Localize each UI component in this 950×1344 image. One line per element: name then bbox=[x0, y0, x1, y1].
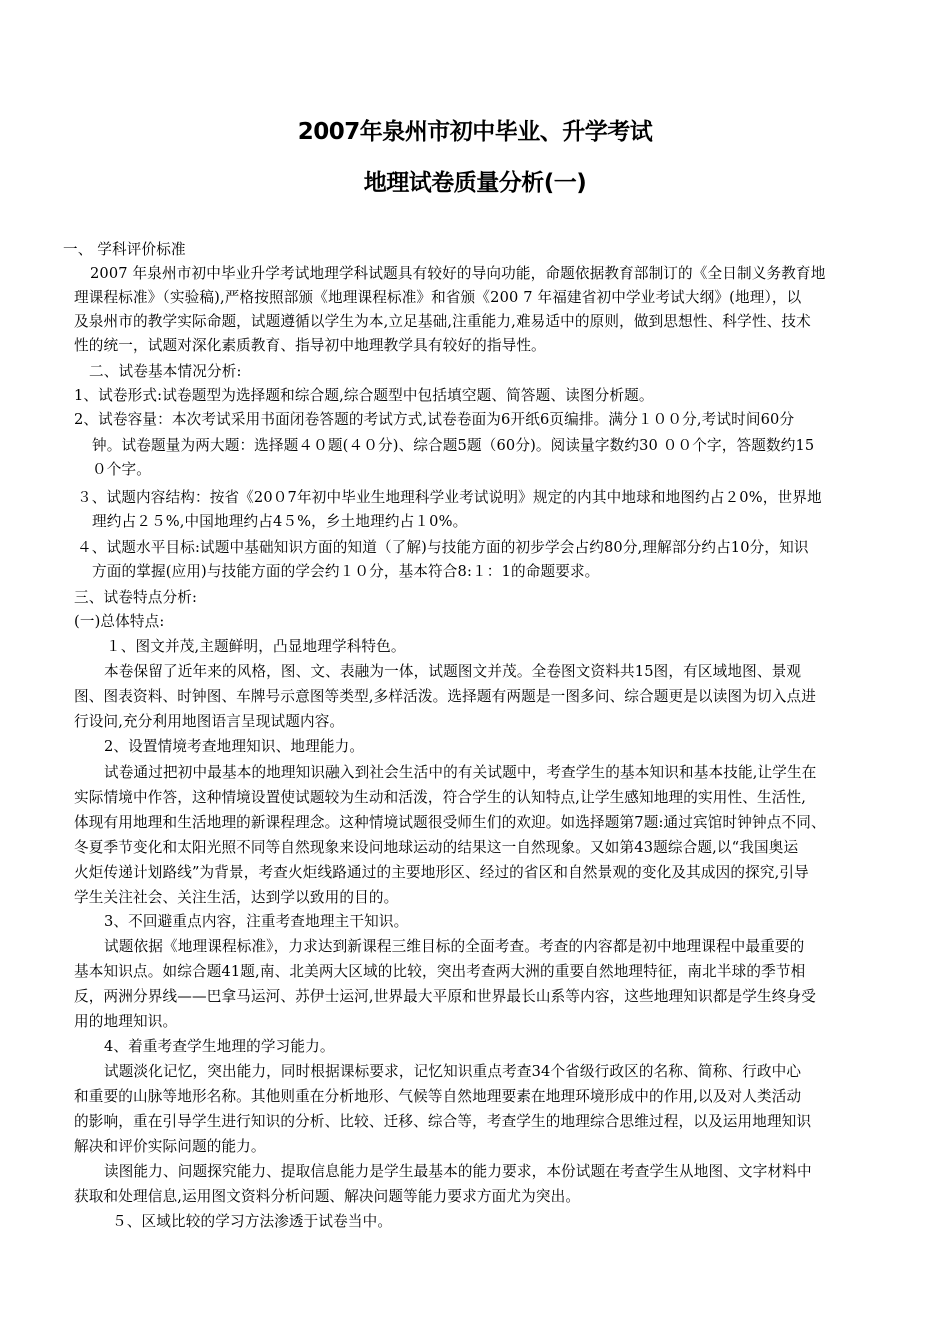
section-3-subheading: (一)总体特点: bbox=[74, 612, 164, 632]
point-1-paragraph-line: 本卷保留了近年来的风格，图、文、表融为一体，试题图文并茂。全卷图文资料共15图，… bbox=[104, 662, 801, 682]
point-3-paragraph-line: 试题依据《地理课程标准》，力求达到新课程三维目标的全面考查。考查的内容都是初中地… bbox=[104, 937, 804, 957]
point-2-paragraph-line: 试卷通过把初中最基本的地理知识融入到社会生活中的有关试题中，考查学生的基本知识和… bbox=[104, 763, 817, 783]
section-3-heading: 三、试卷特点分析: bbox=[74, 588, 197, 608]
point-3-paragraph-line: 基本知识点。如综合题41题,南、北美两大区域的比较，突出考查两大洲的重要自然地理… bbox=[74, 962, 805, 982]
point-2-paragraph-line: 体现有用地理和生活地理的新课程理念。这种情境试题很受师生们的欢迎。如选择题第7题… bbox=[74, 813, 826, 833]
point-4-paragraph-line: 和重要的山脉等地形名称。其他则重在分析地形、气候等自然地理要素在地理环境形成中的… bbox=[74, 1087, 801, 1107]
section-2-item-2-line: 2、试卷容量：本次考试采用书面闭卷答题的考试方式,试卷卷面为6开纸6页编排。满分… bbox=[74, 410, 794, 430]
point-3-title: 3、不回避重点内容，注重考查地理主干知识。 bbox=[104, 912, 408, 932]
section-1-paragraph-line: 性的统一，试题对深化素质教育、指导初中地理教学具有较好的指导性。 bbox=[74, 336, 546, 356]
point-4-paragraph-line: 解决和评价实际问题的能力。 bbox=[74, 1137, 266, 1157]
point-4-title: 4、着重考查学生地理的学习能力。 bbox=[104, 1037, 335, 1057]
document-title-line-1: 2007年泉州市初中毕业、升学考试 bbox=[0, 113, 950, 146]
point-1-paragraph-line: 行设问,充分利用地图语言呈现试题内容。 bbox=[74, 712, 344, 732]
section-1-paragraph-line: 及泉州市的教学实际命题，试题遵循以学生为本,立足基础,注重能力,难易适中的原则，… bbox=[74, 312, 811, 332]
point-1-title: １、图文并茂,主题鲜明，凸显地理学科特色。 bbox=[106, 637, 406, 657]
section-1-paragraph-line: 理课程标准》（实验稿),严格按照部颁《地理课程标准》和省颁《200 7 年福建省… bbox=[74, 288, 801, 308]
point-4-paragraph-line: 获取和处理信息,运用图文资料分析问题、解决问题等能力要求方面尤为突出。 bbox=[74, 1187, 580, 1207]
section-1-heading: 一、 学科评价标准 bbox=[63, 240, 186, 260]
document-title-line-2: 地理试卷质量分析(一) bbox=[0, 164, 950, 197]
section-2-item-2-line: ０个字。 bbox=[92, 460, 151, 480]
point-4-paragraph-line: 试题淡化记忆，突出能力，同时根据课标要求，记忆知识重点考查34个省级行政区的名称… bbox=[104, 1062, 801, 1082]
point-4-paragraph-line: 的影响，重在引导学生进行知识的分析、比较、迁移、综合等，考查学生的地理综合思维过… bbox=[74, 1112, 811, 1132]
point-1-paragraph-line: 图、图表资料、时钟图、车牌号示意图等类型,多样活泼。选择题有两题是一图多问、综合… bbox=[74, 687, 816, 707]
point-2-paragraph-line: 冬夏季节变化和太阳光照不同等自然现象来设问地球运动的结果这一自然现象。又如第43… bbox=[74, 838, 798, 858]
point-5-title: ５、区域比较的学习方法渗透于试卷当中。 bbox=[112, 1212, 392, 1232]
section-2-heading: 二、试卷基本情况分析: bbox=[89, 362, 242, 382]
point-2-paragraph-line: 学生关注社会、关注生活，达到学以致用的目的。 bbox=[74, 888, 398, 908]
document-page: 2007年泉州市初中毕业、升学考试 地理试卷质量分析(一) 一、 学科评价标准 … bbox=[0, 0, 950, 1344]
point-3-paragraph-line: 用的地理知识。 bbox=[74, 1012, 177, 1032]
section-2-item-3-line: 理约占２５%,中国地理约占4５%，乡土地理约占１0%。 bbox=[92, 512, 467, 532]
section-2-item-3-line: ３、试题内容结构：按省《20０7年初中毕业生地理科学业考试说明》规定的内其中地球… bbox=[77, 488, 822, 508]
section-1-paragraph-line: 2007 年泉州市初中毕业升学考试地理学科试题具有较好的导向功能，命题依据教育部… bbox=[90, 264, 826, 284]
section-2-item-4-line: 方面的掌握(应用)与技能方面的学会约１０分，基本符合8:１：1的命题要求。 bbox=[92, 562, 599, 582]
point-3-paragraph-line: 反，两洲分界线——巴拿马运河、苏伊士运河,世界最大平原和世界最长山系等内容，这些… bbox=[74, 987, 816, 1007]
section-2-item-2-line: 钟。试卷题量为两大题：选择题４０题(４０分)、综合题5题（60分)。阅读量字数约… bbox=[92, 436, 814, 456]
point-4-paragraph-line: 读图能力、问题探究能力、提取信息能力是学生最基本的能力要求，本份试题在考查学生从… bbox=[104, 1162, 812, 1182]
point-2-title: 2、设置情境考查地理知识、地理能力。 bbox=[104, 737, 364, 757]
section-2-item-4-line: ４、试题水平目标:试题中基础知识方面的知道（了解)与技能方面的初步学会占约80分… bbox=[77, 538, 809, 558]
point-2-paragraph-line: 火炬传递计划路线”为背景，考查火炬线路通过的主要地形区、经过的省区和自然景观的变… bbox=[74, 863, 809, 883]
point-2-paragraph-line: 实际情境中作答，这种情境设置使试题较为生动和活泼，符合学生的认知特点,让学生感知… bbox=[74, 788, 806, 808]
section-2-item-1: 1、试卷形式:试卷题型为选择题和综合题,综合题型中包括填空题、简答题、读图分析题… bbox=[74, 386, 654, 406]
